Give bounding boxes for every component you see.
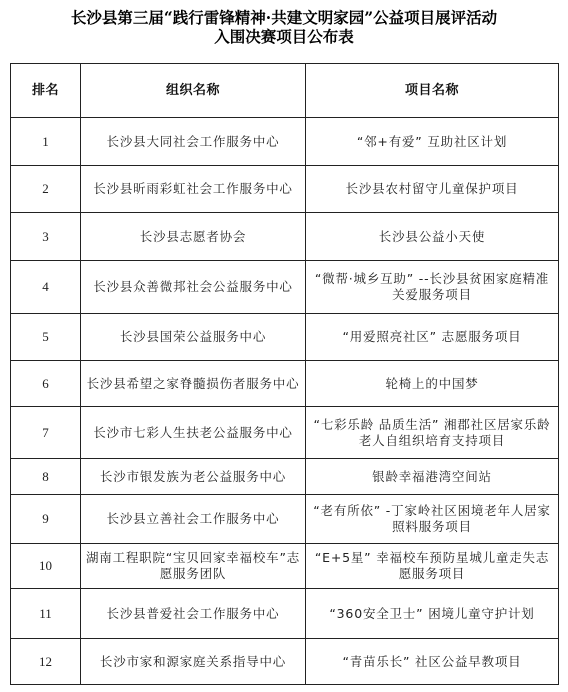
rank-cell: 1 bbox=[11, 118, 81, 166]
table-row: 2长沙县昕雨彩虹社会工作服务中心长沙县农村留守儿童保护项目 bbox=[11, 166, 559, 213]
project-cell: “老有所依” -丁家岭社区困境老年人居家照料服务项目 bbox=[306, 495, 559, 544]
project-cell: “E+5星” 幸福校车预防星城儿童走失志愿服务项目 bbox=[306, 544, 559, 589]
organization-cell: 长沙市家和源家庭关系指导中心 bbox=[81, 639, 306, 685]
rank-cell: 4 bbox=[11, 261, 81, 314]
table-row: 10湖南工程职院“宝贝回家幸福校车”志愿服务团队“E+5星” 幸福校车预防星城儿… bbox=[11, 544, 559, 589]
table-row: 9长沙县立善社会工作服务中心“老有所依” -丁家岭社区困境老年人居家照料服务项目 bbox=[11, 495, 559, 544]
organization-cell: 长沙县普爱社会工作服务中心 bbox=[81, 589, 306, 639]
project-cell: 长沙县农村留守儿童保护项目 bbox=[306, 166, 559, 213]
rank-cell: 3 bbox=[11, 213, 81, 261]
organization-cell: 长沙市七彩人生扶老公益服务中心 bbox=[81, 407, 306, 459]
project-cell: “七彩乐龄 品质生活” 湘郡社区居家乐龄老人自组织培育支持项目 bbox=[306, 407, 559, 459]
finalists-table: 排名 组织名称 项目名称 1长沙县大同社会工作服务中心“邻+有爱” 互助社区计划… bbox=[10, 63, 559, 685]
rank-cell: 6 bbox=[11, 361, 81, 407]
header-organization: 组织名称 bbox=[81, 64, 306, 118]
table-row: 8长沙市银发族为老公益服务中心银龄幸福港湾空间站 bbox=[11, 459, 559, 495]
table-row: 6长沙县希望之家脊髓损伤者服务中心轮椅上的中国梦 bbox=[11, 361, 559, 407]
table-row: 4长沙县众善微邦社会公益服务中心“微帮·城乡互助” --长沙县贫困家庭精准关爱服… bbox=[11, 261, 559, 314]
rank-cell: 12 bbox=[11, 639, 81, 685]
project-cell: “360安全卫士” 困境儿童守护计划 bbox=[306, 589, 559, 639]
rank-cell: 10 bbox=[11, 544, 81, 589]
organization-cell: 长沙县立善社会工作服务中心 bbox=[81, 495, 306, 544]
title-line-2: 入围决赛项目公布表 bbox=[0, 27, 568, 46]
rank-cell: 7 bbox=[11, 407, 81, 459]
project-cell: “用爱照亮社区” 志愿服务项目 bbox=[306, 314, 559, 361]
table-row: 12长沙市家和源家庭关系指导中心“青苗乐长” 社区公益早教项目 bbox=[11, 639, 559, 685]
table-header-row: 排名 组织名称 项目名称 bbox=[11, 64, 559, 118]
rank-cell: 9 bbox=[11, 495, 81, 544]
organization-cell: 湖南工程职院“宝贝回家幸福校车”志愿服务团队 bbox=[81, 544, 306, 589]
organization-cell: 长沙县希望之家脊髓损伤者服务中心 bbox=[81, 361, 306, 407]
table-body: 1长沙县大同社会工作服务中心“邻+有爱” 互助社区计划2长沙县昕雨彩虹社会工作服… bbox=[11, 118, 559, 685]
rank-cell: 2 bbox=[11, 166, 81, 213]
organization-cell: 长沙市银发族为老公益服务中心 bbox=[81, 459, 306, 495]
project-cell: “邻+有爱” 互助社区计划 bbox=[306, 118, 559, 166]
document-title: 长沙县第三届“践行雷锋精神·共建文明家园”公益项目展评活动 入围决赛项目公布表 bbox=[0, 8, 568, 46]
project-cell: 轮椅上的中国梦 bbox=[306, 361, 559, 407]
organization-cell: 长沙县志愿者协会 bbox=[81, 213, 306, 261]
organization-cell: 长沙县众善微邦社会公益服务中心 bbox=[81, 261, 306, 314]
table-row: 7长沙市七彩人生扶老公益服务中心“七彩乐龄 品质生活” 湘郡社区居家乐龄老人自组… bbox=[11, 407, 559, 459]
organization-cell: 长沙县昕雨彩虹社会工作服务中心 bbox=[81, 166, 306, 213]
table-row: 1长沙县大同社会工作服务中心“邻+有爱” 互助社区计划 bbox=[11, 118, 559, 166]
organization-cell: 长沙县国荣公益服务中心 bbox=[81, 314, 306, 361]
project-cell: 长沙县公益小天使 bbox=[306, 213, 559, 261]
table-row: 11长沙县普爱社会工作服务中心“360安全卫士” 困境儿童守护计划 bbox=[11, 589, 559, 639]
organization-cell: 长沙县大同社会工作服务中心 bbox=[81, 118, 306, 166]
rank-cell: 11 bbox=[11, 589, 81, 639]
header-project: 项目名称 bbox=[306, 64, 559, 118]
project-cell: “青苗乐长” 社区公益早教项目 bbox=[306, 639, 559, 685]
project-cell: “微帮·城乡互助” --长沙县贫困家庭精准关爱服务项目 bbox=[306, 261, 559, 314]
header-rank: 排名 bbox=[11, 64, 81, 118]
table-row: 3长沙县志愿者协会长沙县公益小天使 bbox=[11, 213, 559, 261]
project-cell: 银龄幸福港湾空间站 bbox=[306, 459, 559, 495]
title-line-1: 长沙县第三届“践行雷锋精神·共建文明家园”公益项目展评活动 bbox=[0, 8, 568, 27]
rank-cell: 8 bbox=[11, 459, 81, 495]
table-row: 5长沙县国荣公益服务中心“用爱照亮社区” 志愿服务项目 bbox=[11, 314, 559, 361]
rank-cell: 5 bbox=[11, 314, 81, 361]
